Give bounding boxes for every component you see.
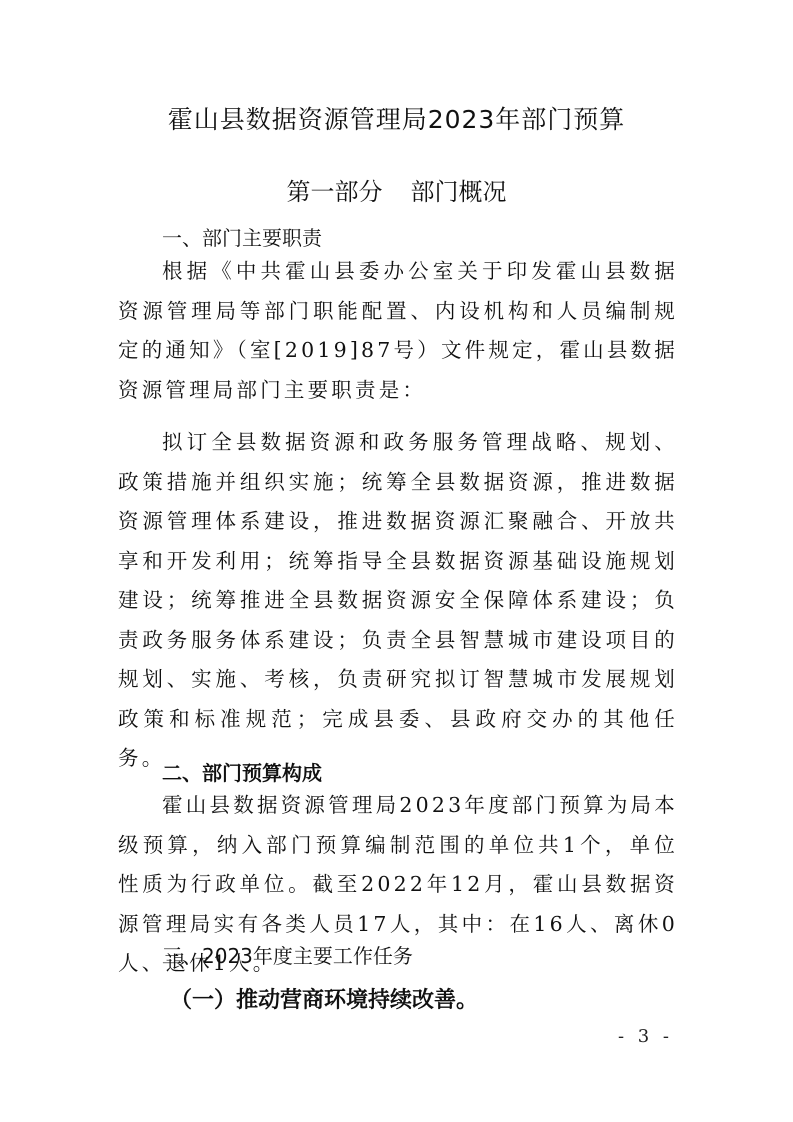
- section-heading-duties: 一、部门主要职责: [162, 222, 322, 251]
- part-heading: 第一部分部门概况: [0, 172, 793, 207]
- document-title: 霍山县数据资源管理局2023年部门预算: [0, 100, 793, 136]
- subheading-business-environment: （一）推动营商环境持续改善。: [170, 983, 478, 1014]
- part-label: 第一部分: [287, 172, 383, 207]
- section-heading-budget-structure: 二、部门预算构成: [162, 757, 322, 786]
- part-name: 部门概况: [411, 172, 507, 207]
- document-page: 霍山县数据资源管理局2023年部门预算 第一部分部门概况 一、部门主要职责 根据…: [0, 0, 793, 1122]
- section-heading-main-tasks: 三、2023年度主要工作任务: [162, 940, 413, 969]
- paragraph-duties-list: 拟订全县数据资源和政务服务管理战略、规划、政策措施并组织实施；统筹全县数据资源，…: [118, 423, 678, 779]
- paragraph-duties-basis: 根据《中共霍山县委办公室关于印发霍山县数据资源管理局等部门职能配置、内设机构和人…: [118, 252, 678, 410]
- page-number: - 3 -: [618, 1026, 673, 1047]
